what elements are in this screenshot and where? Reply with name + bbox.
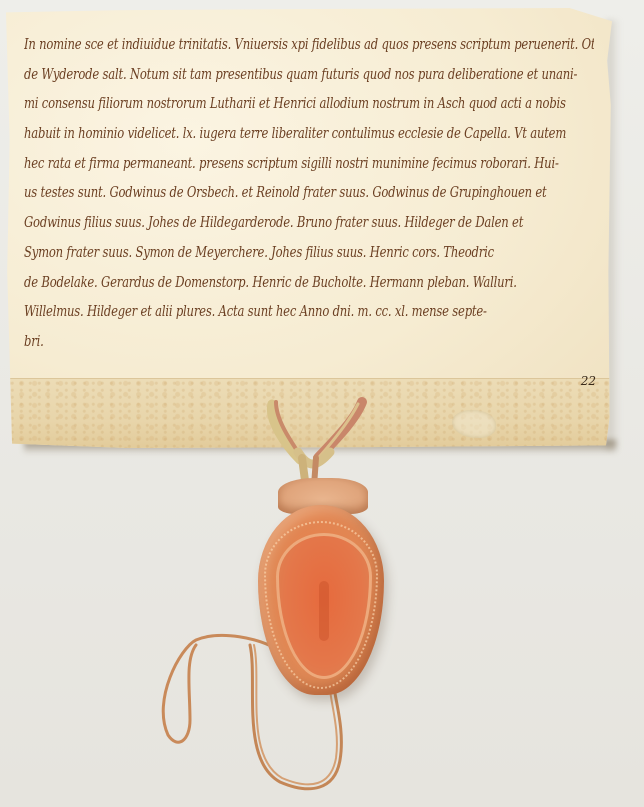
silk-tag-loops (271, 402, 362, 488)
seal-eagle-figure (319, 581, 329, 641)
